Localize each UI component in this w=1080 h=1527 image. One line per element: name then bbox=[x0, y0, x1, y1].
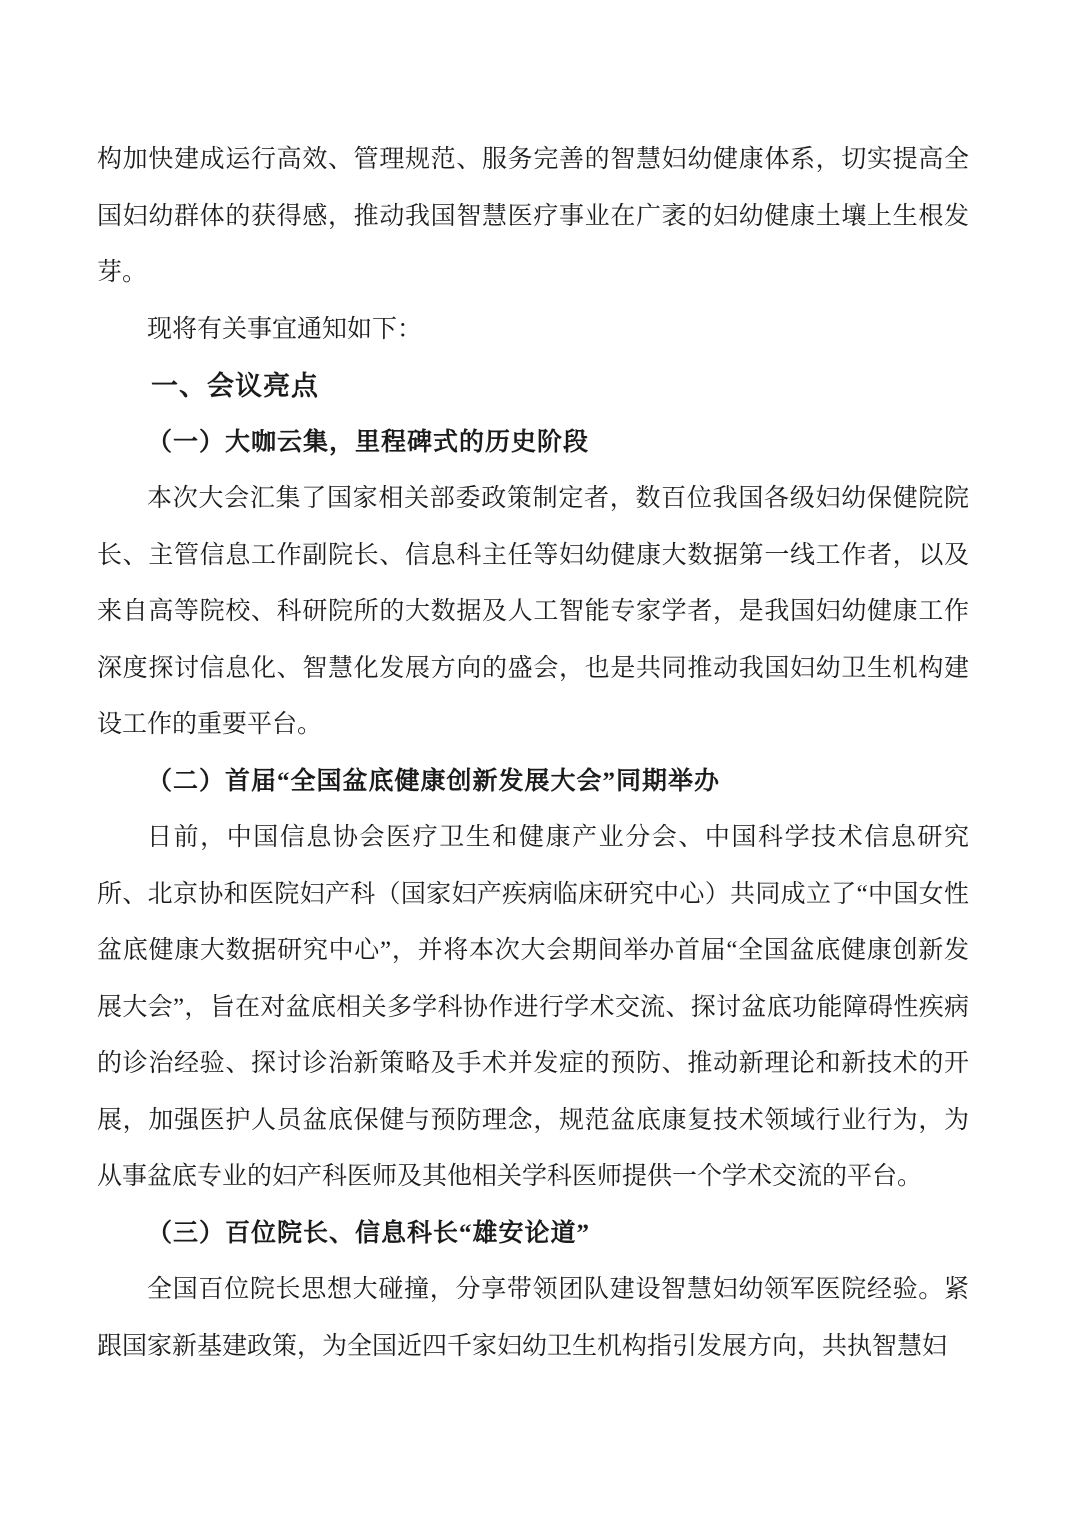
paragraph-notice-intro: 现将有关事宜通知如下： bbox=[97, 302, 969, 359]
subsection-heading-2: （二）首届“全国盆底健康创新发展大会”同期举办 bbox=[97, 754, 969, 811]
section-heading-conference-highlights: 一、会议亮点 bbox=[97, 358, 969, 415]
document-page: 构加快建成运行高效、管理规范、服务完善的智慧妇幼健康体系，切实提高全国妇幼群体的… bbox=[0, 0, 1080, 1527]
subsection-heading-3: （三）百位院长、信息科长“雄安论道” bbox=[97, 1206, 969, 1263]
paragraph-subsection-3-body: 全国百位院长思想大碰撞，分享带领团队建设智慧妇幼领军医院经验。紧跟国家新基建政策… bbox=[97, 1262, 969, 1375]
paragraph-subsection-1-body: 本次大会汇集了国家相关部委政策制定者，数百位我国各级妇幼保健院院长、主管信息工作… bbox=[97, 471, 969, 754]
subsection-heading-1: （一）大咖云集，里程碑式的历史阶段 bbox=[97, 415, 969, 472]
document-content: 构加快建成运行高效、管理规范、服务完善的智慧妇幼健康体系，切实提高全国妇幼群体的… bbox=[97, 132, 969, 1375]
paragraph-continuation: 构加快建成运行高效、管理规范、服务完善的智慧妇幼健康体系，切实提高全国妇幼群体的… bbox=[97, 132, 969, 302]
paragraph-subsection-2-body: 日前，中国信息协会医疗卫生和健康产业分会、中国科学技术信息研究所、北京协和医院妇… bbox=[97, 810, 969, 1206]
